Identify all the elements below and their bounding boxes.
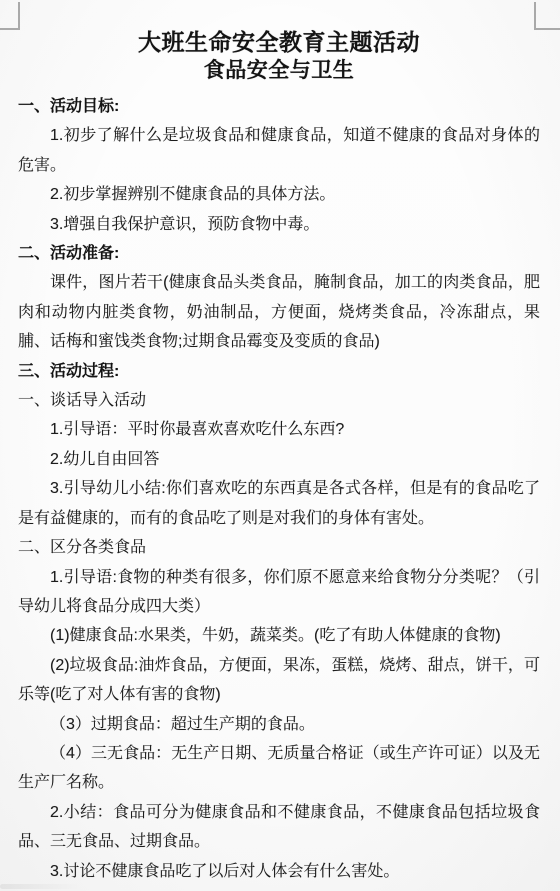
page-corner-mark-top-right	[534, 2, 560, 30]
para-classify-guide: 1.引导语:食物的种类有很多，你们原不愿意来给食物分分类呢？（引导幼儿将食品分成…	[18, 563, 540, 622]
para-category-junk-food: (2)垃圾食品:油炸食品，方便面，果冻，蛋糕，烧烤、甜点，饼干，可乐等(吃了对人…	[18, 651, 540, 710]
para-intro-guide-question: 1.引导语：平时你最喜欢喜欢吃什么东西?	[18, 415, 540, 444]
section-heading-process: 三、活动过程:	[18, 357, 540, 386]
section-heading-preparation: 二、活动准备:	[18, 239, 540, 268]
doc-title: 大班生命安全教育主题活动	[18, 27, 540, 57]
para-goal-2: 2.初步掌握辨别不健康食品的具体方法。	[18, 180, 540, 209]
para-goal-1: 1.初步了解什么是垃圾食品和健康食品，知道不健康的食品对身体的危害。	[18, 121, 540, 180]
document-page: 大班生命安全教育主题活动 食品安全与卫生 一、活动目标: 1.初步了解什么是垃圾…	[0, 0, 560, 891]
para-goal-3: 3.增强自我保护意识，预防食物中毒。	[18, 210, 540, 239]
doc-subtitle: 食品安全与卫生	[18, 57, 540, 85]
photo-edge-artifact	[0, 884, 80, 889]
para-children-free-answer: 2.幼儿自由回答	[18, 445, 540, 474]
section-heading-activity-goals: 一、活动目标:	[18, 92, 540, 121]
para-classify-summary: 2.小结：食品可分为健康食品和不健康食品，不健康食品包括垃圾食品、三无食品、过期…	[18, 798, 540, 857]
page-corner-mark-top-left	[0, 2, 20, 30]
para-category-expired-food: （3）过期食品：超过生产期的食品。	[18, 710, 540, 739]
para-discuss-harm: 3.讨论不健康食品吃了以后对人体会有什么害处。	[18, 857, 540, 886]
para-category-sanwu-food: （4）三无食品：无生产日期、无质量合格证（或生产许可证）以及无生产厂名称。	[18, 739, 540, 798]
document-body: 一、活动目标: 1.初步了解什么是垃圾食品和健康食品，知道不健康的食品对身体的危…	[18, 92, 540, 886]
para-preparation-materials: 课件，图片若干(健康食品头类食品，腌制食品，加工的肉类食品，肥肉和动物内脏类食物…	[18, 268, 540, 356]
document-content: 大班生命安全教育主题活动 食品安全与卫生 一、活动目标: 1.初步了解什么是垃圾…	[0, 0, 560, 886]
para-category-healthy-food: (1)健康食品:水果类，牛奶，蔬菜类。(吃了有助人体健康的食物)	[18, 621, 540, 650]
subsection-classify-foods: 二、区分各类食品	[18, 533, 540, 562]
para-intro-summary: 3.引导幼儿小结:你们喜欢吃的东西真是各式各样，但是有的食品吃了是有益健康的，而…	[18, 474, 540, 533]
subsection-talk-introduction: 一、谈话导入活动	[18, 386, 540, 415]
